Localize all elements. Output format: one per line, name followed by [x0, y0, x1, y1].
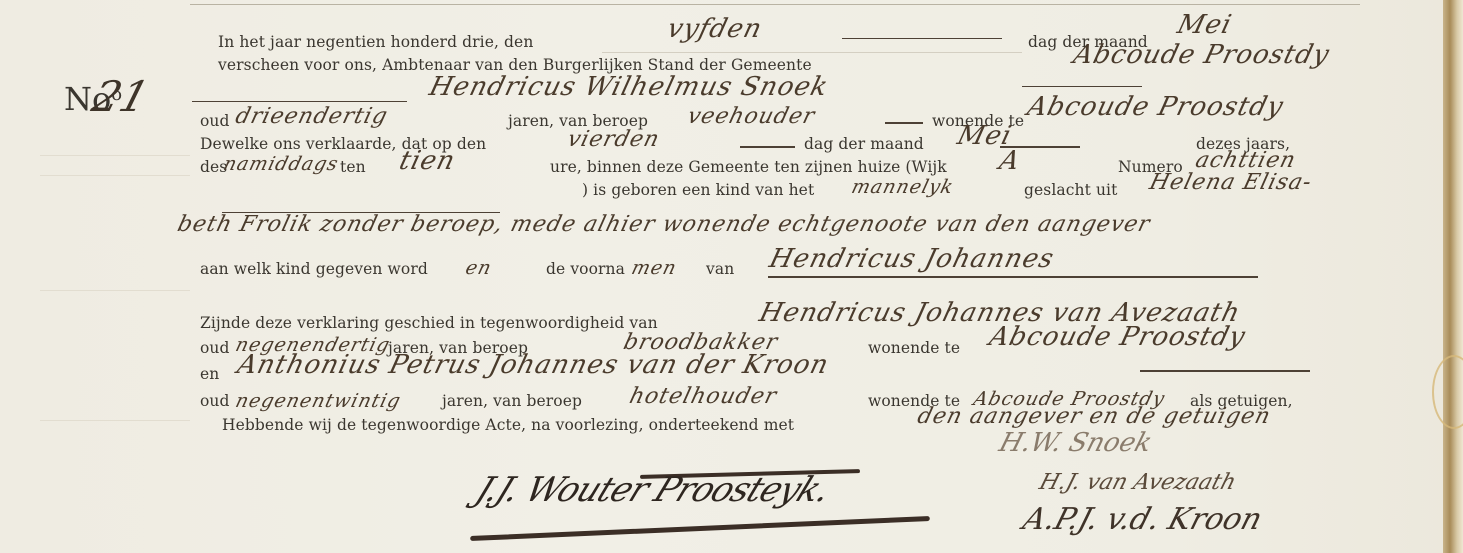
handwritten-mother-details: beth Frolik zonder beroep, mede alhier w…	[175, 212, 1153, 237]
handwritten-declarant-residence: Abcoude Proostdy	[1024, 92, 1287, 122]
handwritten-suffix: en	[463, 257, 494, 279]
printed-text: Zijnde deze verklaring geschied in tegen…	[200, 314, 658, 332]
handwritten-month: Mei	[1174, 10, 1235, 40]
fill-line	[740, 146, 795, 148]
signature-witness2: A.P.J. v.d. Kroon	[1019, 502, 1266, 537]
handwritten-declarant-occupation: veehouder	[685, 104, 818, 129]
fill-line	[192, 101, 407, 102]
printed-text: In het jaar negentien honderd drie, den	[218, 33, 533, 51]
printed-text: ure, binnen deze Gemeente ten zijnen hui…	[550, 158, 947, 176]
handwritten-suffix: men	[629, 257, 679, 279]
handwritten-municipality: Abcoude Proostdy	[1070, 40, 1333, 70]
printed-text: wonende te	[868, 339, 960, 357]
signature-underline	[470, 516, 930, 541]
handwritten-witness2-age: negenentwintig	[233, 390, 403, 412]
fill-line	[602, 52, 1022, 53]
handwritten-hour: tien	[396, 146, 458, 176]
fill-line	[768, 276, 1258, 278]
printed-text: oud	[200, 112, 230, 130]
printed-text: dag der maand	[804, 135, 924, 153]
top-rule	[190, 4, 1360, 5]
printed-text: ) is geboren een kind van het	[582, 181, 814, 199]
fill-line	[1022, 86, 1142, 87]
page-binding-edge	[1443, 0, 1463, 553]
handwritten-witness2-occupation: hotelhouder	[627, 384, 780, 409]
handwritten-mother-name: Helena Elisa-	[1147, 170, 1315, 195]
signature-declarant: H.W. Snoek	[996, 428, 1156, 458]
signature-official: J.J. Wouter Proosteyk.	[470, 470, 836, 510]
bleed-through-line	[40, 420, 190, 421]
fill-line	[1140, 370, 1310, 372]
fill-line	[885, 122, 923, 124]
handwritten-declarant-name: Hendricus Wilhelmus Snoek	[426, 72, 831, 102]
printed-text: ten	[340, 158, 366, 176]
handwritten-birth-day: vierden	[565, 127, 663, 152]
printed-text: Hebbende wij de tegenwoordige Acte, na v…	[222, 416, 794, 434]
printed-text: de voorna	[546, 260, 625, 278]
printed-text: jaren, van beroep	[442, 392, 582, 410]
signature-witness1: H.J. van Avezaath	[1036, 470, 1238, 495]
handwritten-sex: mannelyk	[849, 176, 956, 198]
fill-line	[842, 38, 1002, 39]
bleed-through-line	[40, 155, 190, 156]
printed-text: geslacht uit	[1024, 181, 1117, 199]
handwritten-day: vyfden	[664, 14, 765, 44]
register-page: Noo 21 In het jaar negentien honderd dri…	[0, 0, 1440, 553]
printed-text: en	[200, 365, 219, 383]
printed-text: oud	[200, 392, 230, 410]
handwritten-time-of-day: namiddags	[221, 153, 341, 175]
printed-text: oud	[200, 339, 230, 357]
handwritten-child-names: Hendricus Johannes	[766, 244, 1057, 274]
printed-text: van	[706, 260, 734, 278]
handwritten-witness1-residence: Abcoude Proostdy	[986, 322, 1249, 352]
bleed-through-line	[40, 175, 190, 176]
handwritten-signed-with: den aangever en de getuigen	[915, 404, 1274, 429]
handwritten-declarant-age: drieendertig	[233, 104, 391, 129]
bleed-through-line	[40, 290, 190, 291]
printed-text: aan welk kind gegeven word	[200, 260, 428, 278]
handwritten-witness2-name: Anthonius Petrus Johannes van der Kroon	[234, 350, 832, 380]
